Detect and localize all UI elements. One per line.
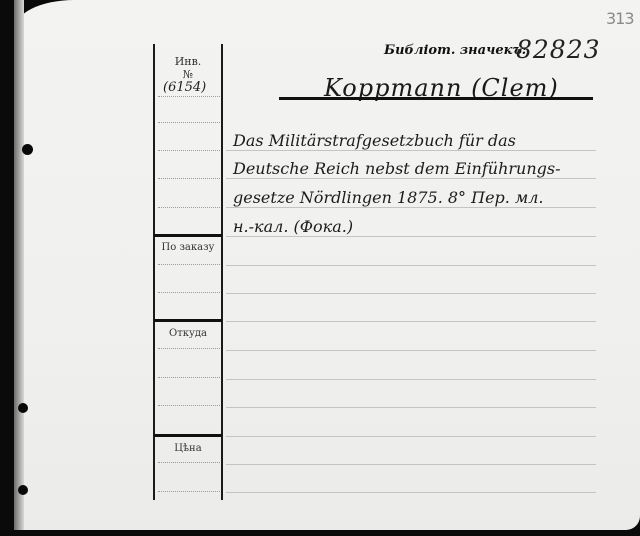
card-sequence-number: 313 — [606, 9, 634, 28]
left-row-line — [158, 96, 220, 97]
left-row-line — [158, 292, 220, 293]
left-row-line — [158, 377, 220, 378]
description-line: Deutsche Reich nebst dem Einführungs- — [233, 159, 561, 178]
punch-hole-bottom — [18, 485, 28, 495]
ruled-line — [226, 265, 596, 266]
description-line: Das Militärstrafgesetzbuch für das — [233, 131, 516, 150]
section-divider-order — [154, 234, 222, 237]
left-row-line — [158, 122, 220, 123]
punch-hole-middle — [18, 403, 28, 413]
library-mark-label: Библіот. значекъ: — [384, 43, 527, 58]
inventory-number: (6154) — [163, 80, 206, 95]
price-label: Цѣна — [156, 443, 220, 454]
ruled-line — [226, 350, 596, 351]
inventory-label: Инв. — [160, 55, 216, 68]
ruled-line — [226, 436, 596, 437]
ruled-line — [226, 178, 596, 179]
left-row-line — [158, 207, 220, 208]
source-label: Откуда — [156, 328, 220, 339]
left-row-line — [158, 462, 220, 463]
description-line: gesetze Nördlingen 1875. 8° Пер. мл. — [233, 188, 544, 207]
ruled-line — [226, 464, 596, 465]
left-row-line — [158, 150, 220, 151]
left-row-line — [158, 348, 220, 349]
left-row-line — [158, 178, 220, 179]
left-row-line — [158, 264, 220, 265]
library-mark-value: 82823 — [516, 35, 601, 64]
left-column-border-right — [221, 44, 223, 500]
ruled-line — [226, 379, 596, 380]
ruled-line — [226, 207, 596, 208]
author-underline — [279, 97, 593, 100]
ruled-line — [226, 492, 596, 493]
left-row-line — [158, 405, 220, 406]
ruled-line — [226, 293, 596, 294]
punch-mark-top — [22, 144, 33, 155]
left-row-line — [158, 491, 220, 492]
order-label: По заказу — [156, 242, 220, 253]
description-line: н.-кал. (Фока.) — [233, 217, 353, 236]
ruled-line — [226, 321, 596, 322]
ruled-line — [226, 236, 596, 237]
left-column-border-left — [153, 44, 155, 500]
section-divider-source — [154, 319, 222, 322]
section-divider-price — [154, 434, 222, 437]
ruled-line — [226, 150, 596, 151]
ruled-line — [226, 407, 596, 408]
